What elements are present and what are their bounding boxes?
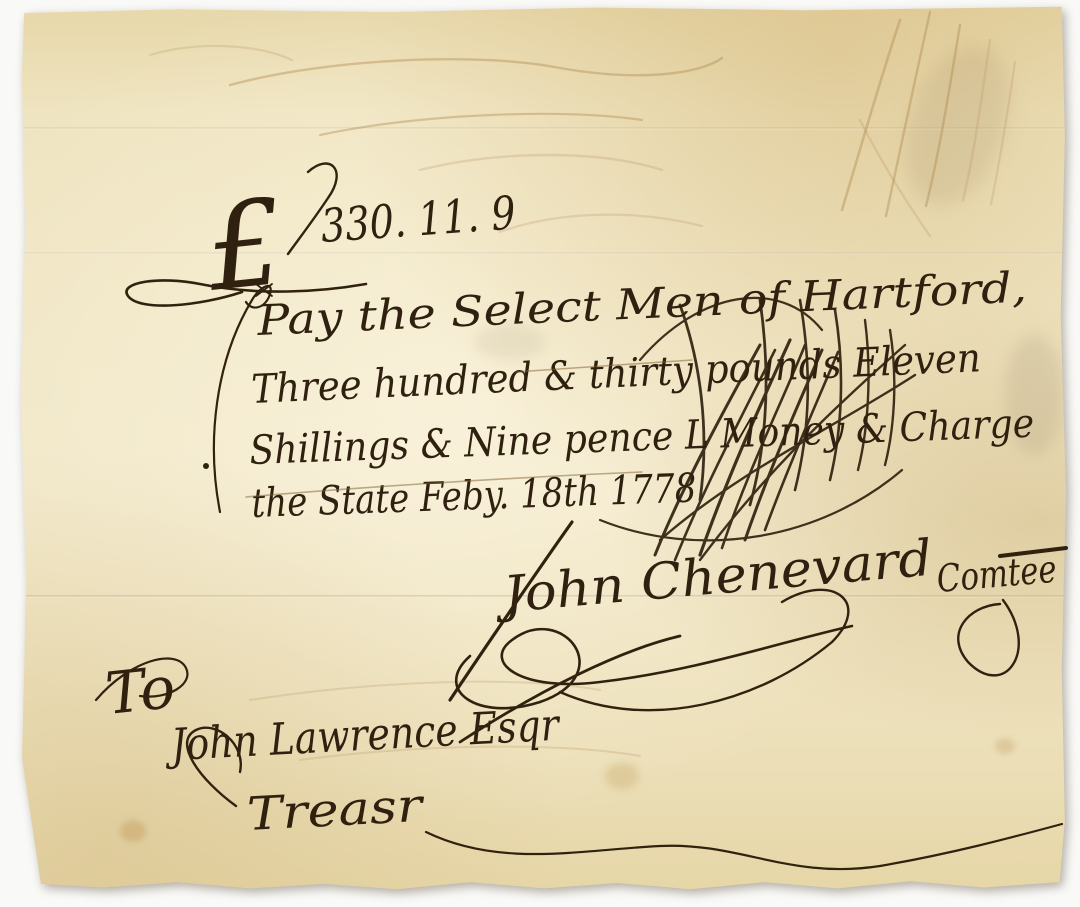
date-line: the State Feby. 18th 1778: [251, 465, 697, 527]
amount-words-line2: Shillings & Nine pence L Money & Charge: [249, 401, 1035, 474]
title-tail-flourish: [426, 824, 1062, 869]
signature-block: John Chenevard Comtee: [450, 522, 1066, 710]
body-text: Pay the Select Men of Hartford, Three hu…: [203, 262, 1035, 527]
signature-role: Comtee: [935, 547, 1058, 601]
addressee-name: John Lawrence Esqr: [163, 700, 563, 772]
signature-underline-loops: [456, 626, 852, 708]
handwriting-layer: £ 330. 11. 9 Pay the Select Men of Hartf…: [0, 0, 1080, 907]
amount-figures: 330. 11. 9: [319, 186, 517, 253]
signature-descender-loop: [958, 600, 1018, 675]
scanned-document-photo: { "colors": { "background": "#f9f9f7", "…: [0, 0, 1080, 907]
ink-dot: [203, 463, 209, 469]
pay-line: Pay the Select Men of Hartford,: [255, 262, 1028, 345]
addressee-title: Treasr: [246, 778, 427, 841]
